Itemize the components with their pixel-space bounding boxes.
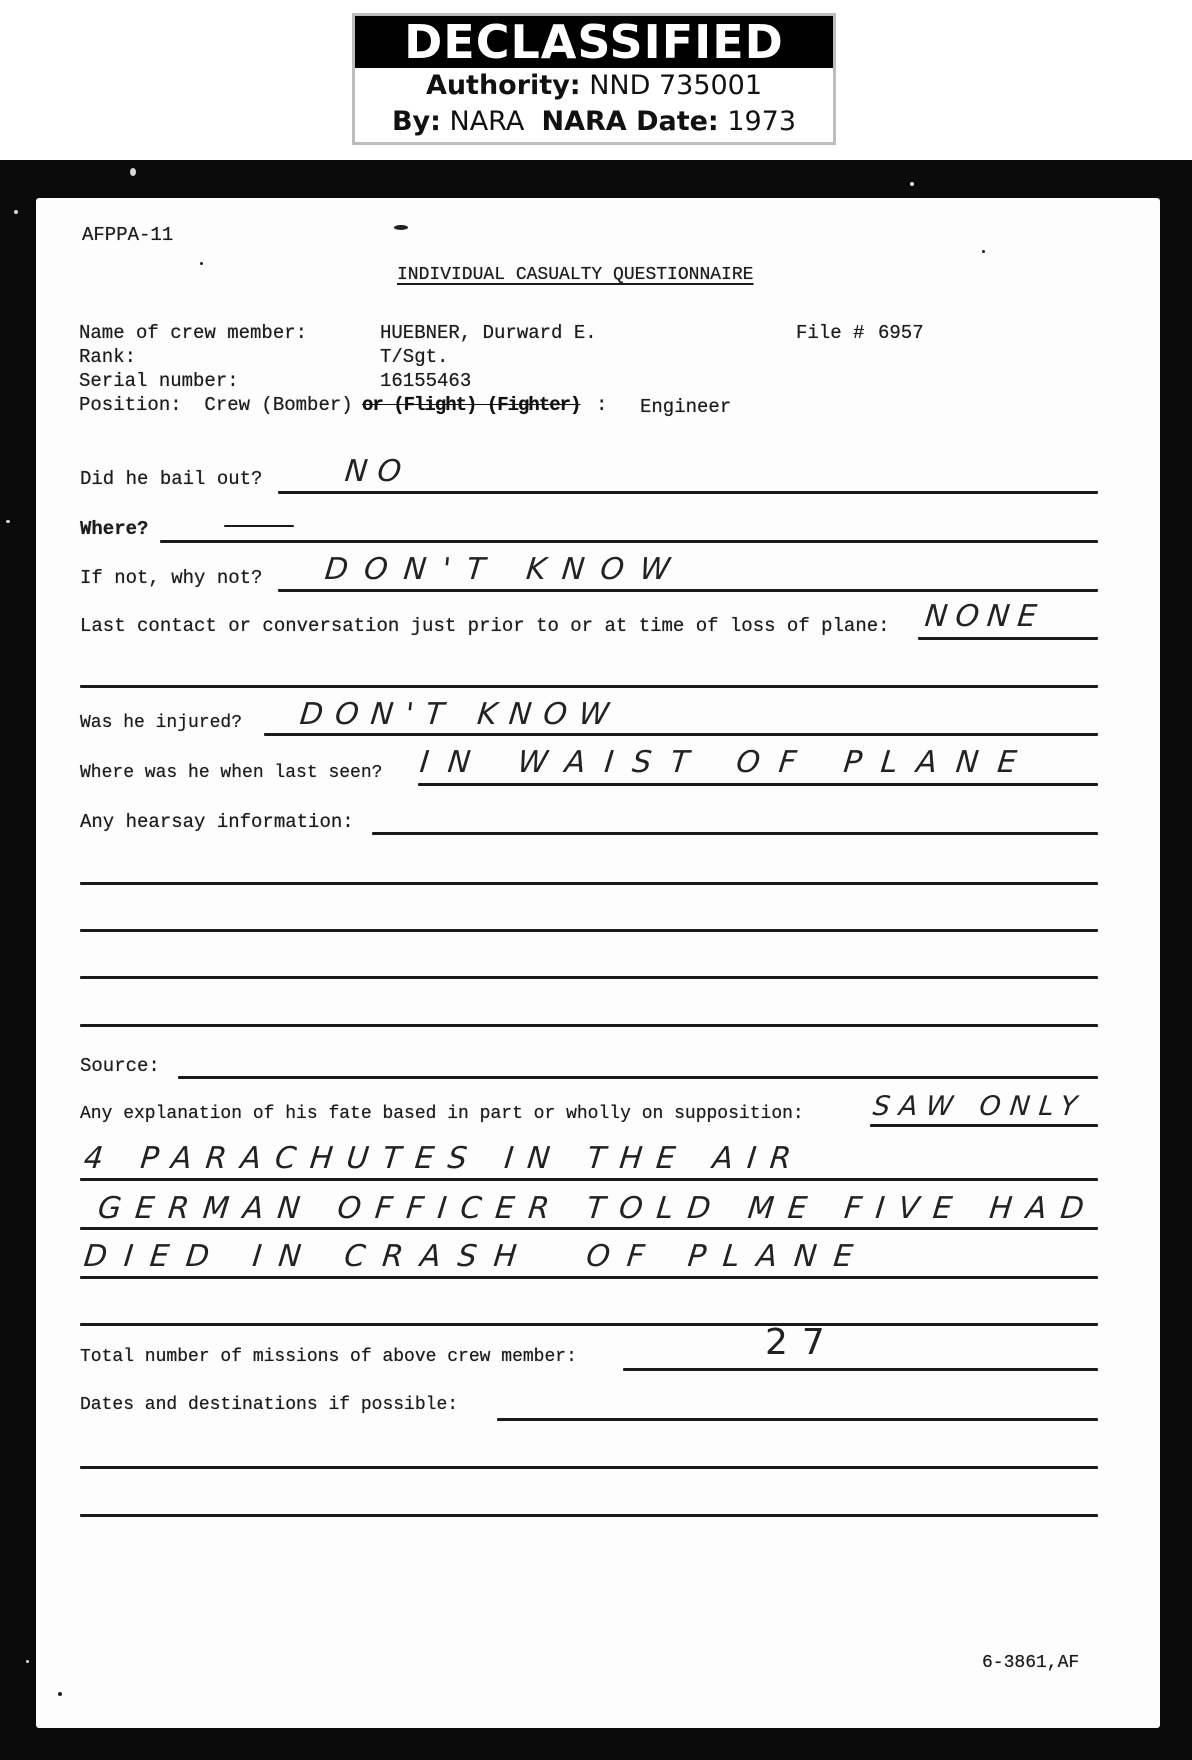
explanation-field-line-1[interactable]: [870, 1124, 1098, 1127]
explanation-answer-4: DIED IN CRASH OF PLANE: [82, 1240, 871, 1274]
banner-title: DECLASSIFIED: [355, 16, 833, 68]
injured-answer: DON'T KNOW: [298, 698, 622, 732]
scan-speck: [26, 1660, 29, 1663]
last-contact-field-line-2[interactable]: [80, 685, 1098, 688]
bail-out-field-line[interactable]: [278, 491, 1098, 494]
name-label: Name of crew member:: [79, 322, 307, 344]
rank-label: Rank:: [79, 346, 136, 368]
explanation-answer-3: GERMAN OFFICER TOLD ME FIVE HAD: [96, 1192, 1099, 1226]
position-colon: :: [596, 394, 607, 416]
explanation-field-line-3[interactable]: [80, 1227, 1098, 1230]
explanation-field-line-4[interactable]: [80, 1276, 1098, 1279]
injured-field-line[interactable]: [264, 733, 1098, 736]
declassified-banner: DECLASSIFIED Authority: NND 735001 By: N…: [352, 13, 836, 145]
injured-label: Was he injured?: [80, 712, 242, 734]
explanation-answer-1: SAW ONLY: [871, 1090, 1087, 1124]
banner-by-date: By: NARA NARA Date: 1973: [355, 104, 833, 140]
rank-value: T/Sgt.: [380, 346, 448, 368]
why-not-label: If not, why not?: [80, 567, 262, 589]
scan-speck: [130, 168, 136, 176]
questionnaire-page: [36, 198, 1160, 1728]
hearsay-field-line-2[interactable]: [80, 882, 1098, 885]
last-contact-label: Last contact or conversation just prior …: [80, 615, 890, 637]
why-not-answer: DON'T KNOW: [323, 553, 687, 587]
source-label: Source:: [80, 1055, 160, 1077]
why-not-field-line[interactable]: [278, 589, 1098, 592]
where-answer-dash: [224, 525, 294, 527]
hearsay-field-line-5[interactable]: [80, 1024, 1098, 1027]
explanation-answer-2: 4 PARACHUTES IN THE AIR: [82, 1142, 806, 1176]
file-label: File #: [796, 322, 864, 344]
scan-speck: [6, 520, 10, 523]
explanation-field-line-5[interactable]: [80, 1323, 1098, 1326]
paper-speck: [58, 1692, 62, 1696]
missions-answer: 27: [765, 1326, 839, 1360]
serial-value: 16155463: [380, 370, 471, 392]
scan-speck: [910, 182, 914, 186]
form-title: INDIVIDUAL CASUALTY QUESTIONNAIRE: [397, 264, 753, 286]
banner-authority: Authority: NND 735001: [355, 68, 833, 104]
hearsay-field-line-3[interactable]: [80, 929, 1098, 932]
explanation-field-line-2[interactable]: [80, 1178, 1098, 1181]
where-field-line[interactable]: [160, 540, 1098, 543]
dates-field-line-1[interactable]: [497, 1418, 1098, 1421]
explanation-label: Any explanation of his fate based in par…: [80, 1103, 804, 1125]
hearsay-field-line-1[interactable]: [372, 832, 1098, 835]
position-value: Engineer: [640, 396, 731, 418]
dates-label: Dates and destinations if possible:: [80, 1394, 458, 1416]
dates-field-line-2[interactable]: [80, 1466, 1098, 1469]
last-seen-answer: IN WAIST OF PLANE: [418, 746, 1037, 780]
paper-speck: [200, 262, 203, 265]
bail-out-answer: NO: [343, 455, 413, 489]
footer-form-code: 6-3861,AF: [982, 1652, 1079, 1674]
hearsay-field-line-4[interactable]: [80, 976, 1098, 979]
last-contact-answer: NONE: [923, 600, 1046, 634]
position-label: Position: Crew (Bomber): [79, 394, 353, 416]
serial-label: Serial number:: [79, 370, 239, 392]
missions-label: Total number of missions of above crew m…: [80, 1346, 577, 1368]
last-contact-field-line[interactable]: [918, 637, 1098, 640]
paper-speck: [394, 225, 408, 230]
hearsay-label: Any hearsay information:: [80, 811, 354, 833]
where-label: Where?: [80, 518, 148, 540]
paper-speck: [982, 250, 985, 253]
last-seen-field-line[interactable]: [418, 783, 1098, 786]
form-number: AFPPA-11: [82, 224, 173, 246]
scan-speck: [14, 210, 18, 214]
missions-field-line[interactable]: [623, 1368, 1098, 1371]
bail-out-label: Did he bail out?: [80, 468, 262, 490]
position-struck-text: or (Flight) (Fighter): [362, 394, 580, 416]
last-seen-label: Where was he when last seen?: [80, 762, 382, 784]
name-value: HUEBNER, Durward E.: [380, 322, 597, 344]
dates-field-line-3[interactable]: [80, 1514, 1098, 1517]
file-number: 6957: [878, 322, 924, 344]
source-field-line[interactable]: [178, 1076, 1098, 1079]
